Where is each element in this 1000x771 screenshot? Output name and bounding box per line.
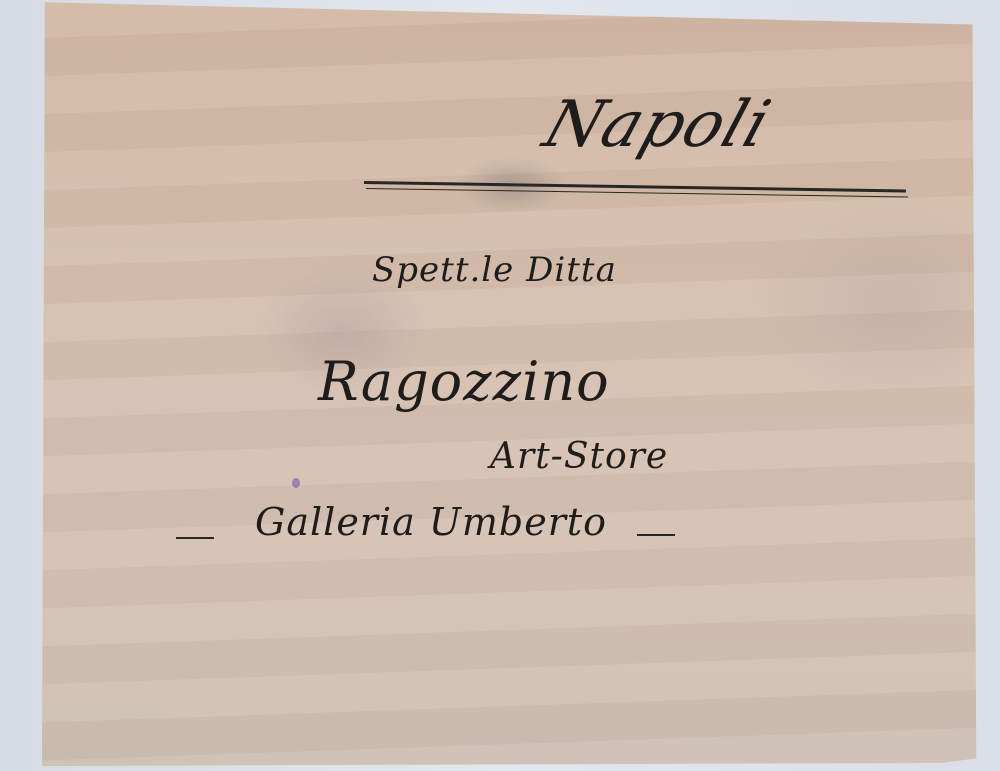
address-dash-left — [176, 537, 214, 539]
address-dash-right — [637, 534, 675, 536]
business-text: Art-Store — [490, 436, 668, 477]
recipient-name: Ragozzino — [318, 350, 610, 413]
city-text: Napoli — [535, 88, 780, 162]
purple-ink-stain — [292, 478, 300, 488]
underline-thick — [364, 181, 906, 193]
address-text: Galleria Umberto — [255, 500, 607, 544]
salutation-text: Spett.le Ditta — [372, 250, 617, 290]
